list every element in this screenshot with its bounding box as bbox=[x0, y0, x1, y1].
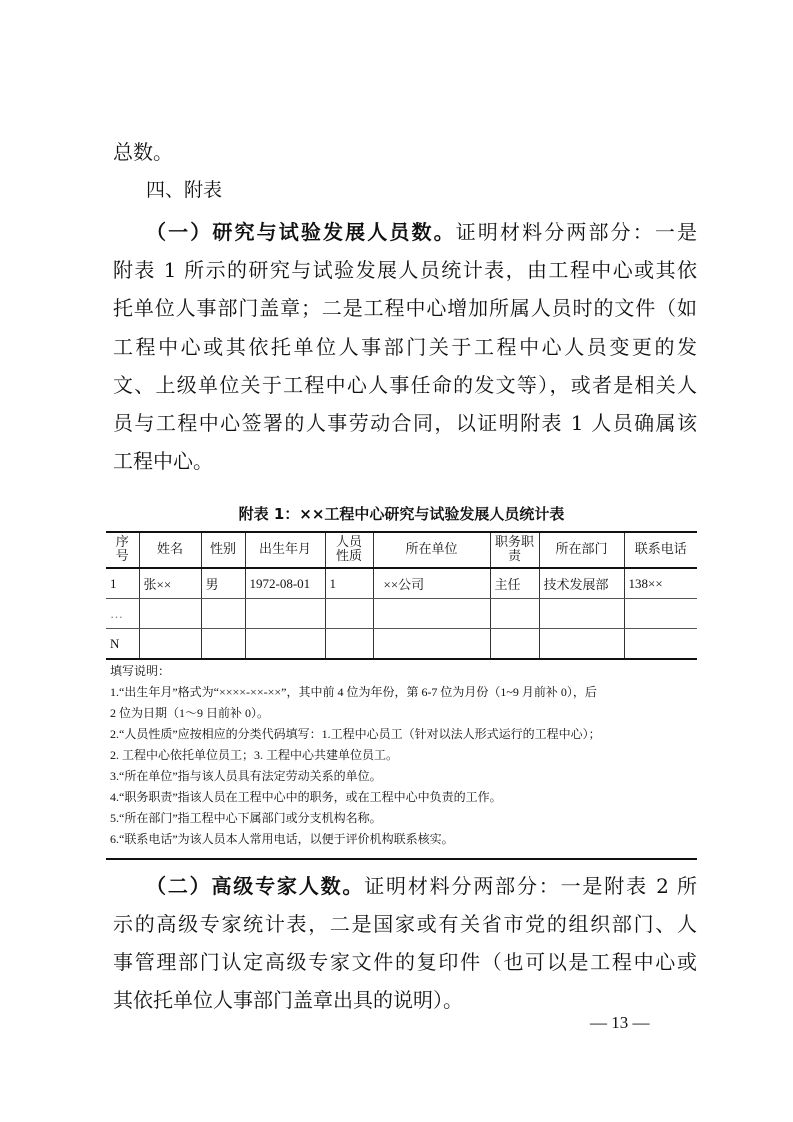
note-item: 2 位为日期（1～9 日前补 0）。 bbox=[106, 703, 697, 724]
subsection2-title: （二）高级专家人数。 bbox=[146, 874, 364, 898]
paragraph-line: 文、上级单位关于工程中心人事任命的发文等），或者是相关人 bbox=[113, 373, 697, 397]
header-personnel-type: 人员 性质 bbox=[325, 532, 373, 568]
paragraph-line: 员与工程中心签署的人事劳动合同，以证明附表 1 人员确属该 bbox=[113, 411, 697, 435]
table-title: 附表 1：××工程中心研究与试验发展人员统计表 bbox=[106, 503, 697, 524]
cell-name bbox=[139, 629, 201, 660]
subsection2-text: 证明材料分两部分：一是附表 2 所 bbox=[364, 874, 697, 898]
subsection1-title: （一）研究与试验发展人员数。 bbox=[146, 220, 456, 244]
cell-personnel-type bbox=[325, 599, 373, 629]
cell-gender bbox=[201, 629, 245, 660]
personnel-statistics-table: 序 号 姓名 性别 出生年月 人员 性质 所在单位 职务职 责 所在部门 联系电… bbox=[106, 531, 697, 660]
fill-instructions: 填写说明： 1.“出生年月”格式为“××××-××-××”，其中前 4 位为年份… bbox=[106, 661, 697, 850]
header-index: 序 号 bbox=[106, 532, 139, 568]
cell-gender bbox=[201, 599, 245, 629]
cell-birthdate bbox=[245, 629, 325, 660]
paragraph-line: 托单位人事部门盖章；二是工程中心增加所属人员时的文件（如 bbox=[113, 296, 697, 320]
cell-position: 主任 bbox=[490, 568, 539, 599]
cell-name: 张×× bbox=[139, 568, 201, 599]
cell-index: 1 bbox=[106, 568, 139, 599]
note-item: 3.“所在单位”指与该人员具有法定劳动关系的单位。 bbox=[106, 766, 697, 787]
subsection1-first-line: （一）研究与试验发展人员数。证明材料分两部分：一是 bbox=[146, 220, 697, 244]
cell-department bbox=[539, 629, 624, 660]
cell-phone: 138×× bbox=[624, 568, 697, 599]
header-department: 所在部门 bbox=[539, 532, 624, 568]
cell-position bbox=[490, 629, 539, 660]
paragraph-line: 事管理部门认定高级专家文件的复印件（也可以是工程中心或 bbox=[113, 950, 697, 974]
cell-department bbox=[539, 599, 624, 629]
header-phone: 联系电话 bbox=[624, 532, 697, 568]
subsection1-text: 证明材料分两部分：一是 bbox=[456, 220, 697, 244]
header-birthdate: 出生年月 bbox=[245, 532, 325, 568]
cell-phone bbox=[624, 599, 697, 629]
cell-gender: 男 bbox=[201, 568, 245, 599]
note-item: 2.“人员性质”应按相应的分类代码填写：1.工程中心员工（针对以法人形式运行的工… bbox=[106, 724, 697, 745]
cell-employer: ××公司 bbox=[373, 568, 490, 599]
paragraph-line: 工程中心或其依托单位人事部门关于工程中心人员变更的发 bbox=[113, 335, 697, 359]
paragraph-line: 其依托单位人事部门盖章出具的说明）。 bbox=[113, 988, 697, 1012]
subsection2-first-line: （二）高级专家人数。证明材料分两部分：一是附表 2 所 bbox=[146, 874, 697, 898]
cell-name bbox=[139, 599, 201, 629]
table-row: 1 张×× 男 1972-08-01 1 ××公司 主任 技术发展部 138×× bbox=[106, 568, 697, 599]
note-item: 5.“所在部门”指工程中心下属部门或分支机构名称。 bbox=[106, 808, 697, 829]
header-position: 职务职 责 bbox=[490, 532, 539, 568]
cell-personnel-type bbox=[325, 629, 373, 660]
note-item: 1.“出生年月”格式为“××××-××-××”，其中前 4 位为年份，第 6-7… bbox=[106, 682, 697, 703]
note-item: 6.“联系电话”为该人员本人常用电话，以便于评价机构联系核实。 bbox=[106, 829, 697, 850]
cell-employer bbox=[373, 599, 490, 629]
cell-employer bbox=[373, 629, 490, 660]
note-item: 4.“职务职责”指该人员在工程中心中的职务，或在工程中心中负责的工作。 bbox=[106, 787, 697, 808]
notes-bottom-rule bbox=[106, 858, 697, 860]
cell-personnel-type: 1 bbox=[325, 568, 373, 599]
continuation-text: 总数。 bbox=[113, 140, 697, 164]
header-employer: 所在单位 bbox=[373, 532, 490, 568]
table-row: N bbox=[106, 629, 697, 660]
cell-birthdate bbox=[245, 599, 325, 629]
cell-index: … bbox=[106, 599, 139, 629]
table-header-row: 序 号 姓名 性别 出生年月 人员 性质 所在单位 职务职 责 所在部门 联系电… bbox=[106, 532, 697, 568]
table-row: … bbox=[106, 599, 697, 629]
page-number: — 13 — bbox=[590, 1013, 650, 1033]
cell-phone bbox=[624, 629, 697, 660]
section-heading: 四、附表 bbox=[146, 178, 222, 202]
paragraph-line: 工程中心。 bbox=[113, 449, 697, 473]
notes-title: 填写说明： bbox=[106, 661, 697, 682]
cell-department: 技术发展部 bbox=[539, 568, 624, 599]
cell-position bbox=[490, 599, 539, 629]
cell-birthdate: 1972-08-01 bbox=[245, 568, 325, 599]
header-gender: 性别 bbox=[201, 532, 245, 568]
paragraph-line: 示的高级专家统计表，二是国家或有关省市党的组织部门、人 bbox=[113, 912, 697, 936]
cell-index: N bbox=[106, 629, 139, 660]
header-name: 姓名 bbox=[139, 532, 201, 568]
note-item: 2. 工程中心依托单位员工；3. 工程中心共建单位员工。 bbox=[106, 745, 697, 766]
paragraph-line: 附表 1 所示的研究与试验发展人员统计表，由工程中心或其依 bbox=[113, 258, 697, 282]
